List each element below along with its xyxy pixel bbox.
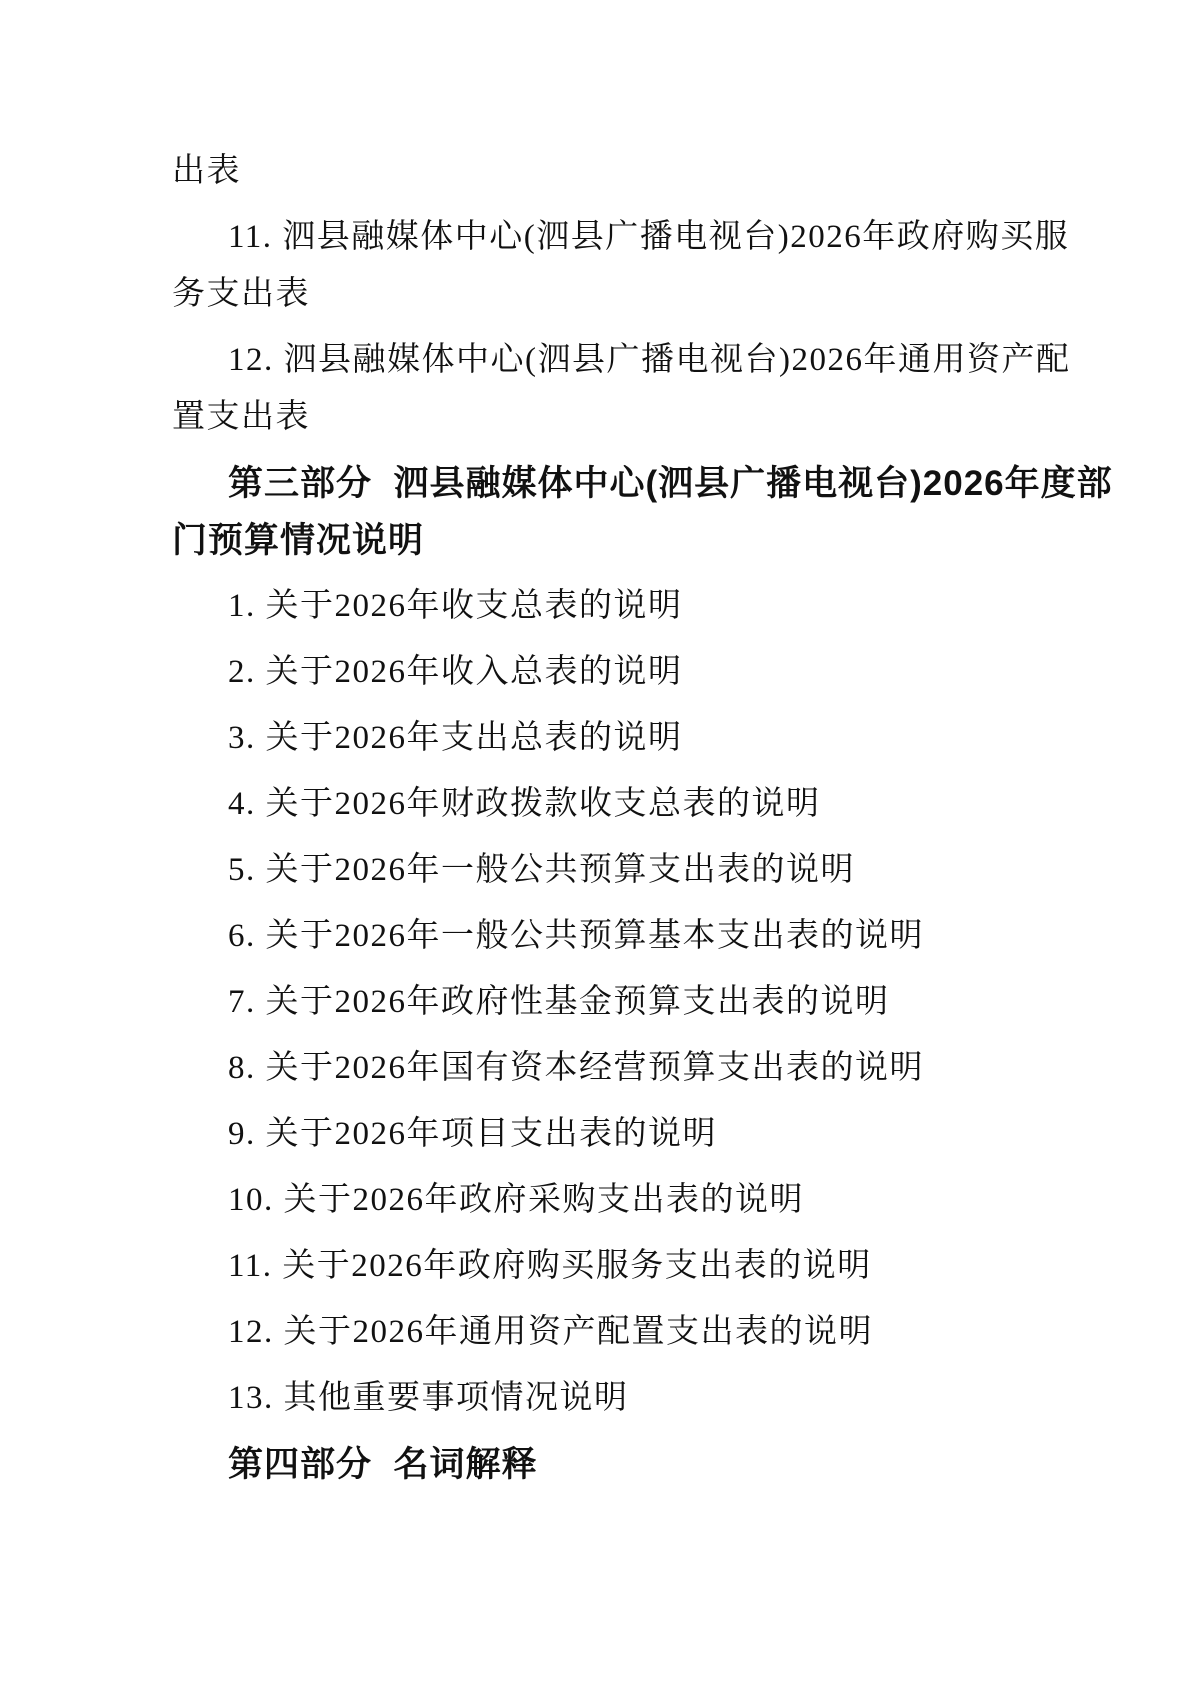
document-line: 4. 关于2026年财政拨款收支总表的说明 (172, 776, 1042, 833)
document-line: 10. 关于2026年政府采购支出表的说明 (172, 1172, 1042, 1229)
document-line: 12. 关于2026年通用资产配置支出表的说明 (172, 1304, 1042, 1361)
document-content: 出表11. 泗县融媒体中心(泗县广播电视台)2026年政府购买服务支出表12. … (0, 0, 1190, 1493)
document-line: 13. 其他重要事项情况说明 (172, 1370, 1042, 1427)
document-line: 8. 关于2026年国有资本经营预算支出表的说明 (172, 1040, 1042, 1097)
document-heading-line: 第三部分 泗县融媒体中心(泗县广播电视台)2026年度部 (172, 455, 1042, 512)
document-line: 9. 关于2026年项目支出表的说明 (172, 1106, 1042, 1163)
document-line: 1. 关于2026年收支总表的说明 (172, 578, 1042, 635)
document-line: 置支出表 (172, 389, 1042, 446)
document-line: 3. 关于2026年支出总表的说明 (172, 710, 1042, 767)
document-line: 2. 关于2026年收入总表的说明 (172, 644, 1042, 701)
document-line: 务支出表 (172, 266, 1042, 323)
document-line: 12. 泗县融媒体中心(泗县广播电视台)2026年通用资产配 (172, 332, 1042, 389)
document-line: 6. 关于2026年一般公共预算基本支出表的说明 (172, 908, 1042, 965)
document-line: 11. 关于2026年政府购买服务支出表的说明 (172, 1238, 1042, 1295)
document-heading-line: 第四部分 名词解释 (172, 1436, 1042, 1493)
document-line: 5. 关于2026年一般公共预算支出表的说明 (172, 842, 1042, 899)
document-line: 出表 (172, 143, 1042, 200)
document-line: 11. 泗县融媒体中心(泗县广播电视台)2026年政府购买服 (172, 209, 1042, 266)
document-heading-line: 门预算情况说明 (172, 512, 1042, 569)
document-page: 出表11. 泗县融媒体中心(泗县广播电视台)2026年政府购买服务支出表12. … (0, 0, 1190, 1684)
document-line: 7. 关于2026年政府性基金预算支出表的说明 (172, 974, 1042, 1031)
